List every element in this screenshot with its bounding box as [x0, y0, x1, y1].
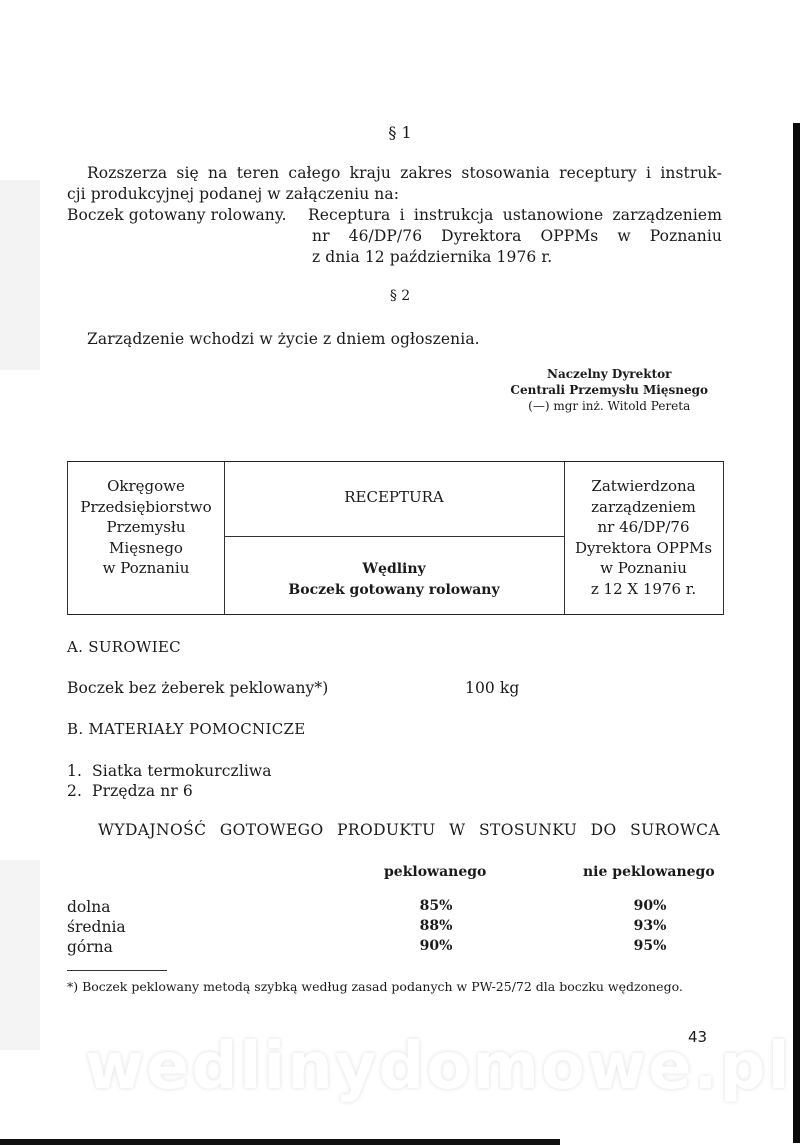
section-2-text: Zarządzenie wchodzi w życie z dniem ogło…: [87, 330, 480, 348]
approval-line: Zatwierdzona: [564, 476, 723, 497]
yield-value: 95%: [610, 938, 690, 954]
yield-value: 90%: [396, 938, 476, 954]
approval-line: Dyrektora OPPMs: [564, 538, 723, 559]
product-title: Boczek gotowany rolowany: [224, 580, 564, 601]
yield-row-label: średnia: [67, 918, 126, 936]
scan-shadow: [0, 860, 40, 1050]
signature-title: Naczelny Dyrektor: [510, 366, 708, 382]
section-1-text-line: Rozszerza się na teren całego kraju zakr…: [87, 164, 722, 182]
section-1-text-line: cji produkcyjnej podanej w załączeniu na…: [67, 185, 399, 203]
raw-material-amount: 100 kg: [465, 679, 519, 697]
yield-value: 90%: [610, 898, 690, 914]
auxiliary-item: 2. Przędza nr 6: [67, 782, 193, 800]
yield-value: 93%: [610, 918, 690, 934]
scan-edge: [0, 1139, 560, 1145]
issuer-line: Okręgowe: [68, 476, 224, 497]
yield-column-header: peklowanego: [384, 864, 486, 880]
scan-edge: [793, 123, 800, 1143]
signature-org: Centrali Przemysłu Mięsnego: [510, 382, 708, 398]
yield-row-label: dolna: [67, 898, 110, 916]
product-cell: Wędliny Boczek gotowany rolowany: [224, 559, 564, 600]
approval-line: w Poznaniu: [564, 558, 723, 579]
footnote-rule: [67, 970, 167, 971]
recipe-header-table: Okręgowe Przedsiębiorstwo Przemysłu Mięs…: [67, 461, 724, 615]
issuer-line: Przemysłu: [68, 517, 224, 538]
yield-title: WYDAJNOŚĆ GOTOWEGO PRODUKTU W STOSUNKU D…: [98, 821, 720, 839]
issuer-line: Przedsiębiorstwo: [68, 497, 224, 518]
scan-shadow: [0, 180, 40, 370]
watermark: wedlinydomowe.pl: [85, 1030, 792, 1104]
section-1-mark: § 1: [0, 123, 800, 142]
signature-name: (—) mgr inż. Witold Pereta: [510, 398, 708, 414]
reference-line: Receptura i instrukcja ustanowione zarzą…: [308, 206, 722, 224]
footnote: *) Boczek peklowany metodą szybką według…: [67, 977, 722, 997]
yield-column-header: nie peklowanego: [583, 864, 715, 880]
approval-cell: Zatwierdzona zarządzeniem nr 46/DP/76 Dy…: [564, 476, 723, 599]
auxiliary-item: 1. Siatka termokurczliwa: [67, 762, 272, 780]
issuer-line: w Poznaniu: [68, 558, 224, 579]
raw-material-item: Boczek bez żeberek peklowany*): [67, 679, 328, 697]
reference-line: z dnia 12 października 1976 r.: [312, 248, 552, 266]
approval-line: nr 46/DP/76: [564, 517, 723, 538]
product-category: Wędliny: [224, 559, 564, 580]
recipe-title: RECEPTURA: [224, 487, 564, 508]
issuer-cell: Okręgowe Przedsiębiorstwo Przemysłu Mięs…: [68, 476, 224, 579]
approval-line: zarządzeniem: [564, 497, 723, 518]
section-a-heading: A. SUROWIEC: [67, 638, 181, 656]
yield-value: 88%: [396, 918, 476, 934]
yield-row-label: górna: [67, 938, 113, 956]
reference-line: nr 46/DP/76 Dyrektora OPPMs w Poznaniu: [312, 227, 722, 245]
product-name: Boczek gotowany rolowany.: [67, 206, 287, 224]
yield-value: 85%: [396, 898, 476, 914]
table-divider: [224, 536, 564, 537]
approval-line: z 12 X 1976 r.: [564, 579, 723, 600]
section-b-heading: B. MATERIAŁY POMOCNICZE: [67, 720, 305, 738]
section-2-mark: § 2: [0, 288, 800, 304]
issuer-line: Mięsnego: [68, 538, 224, 559]
signature-block: Naczelny Dyrektor Centrali Przemysłu Mię…: [510, 366, 708, 414]
